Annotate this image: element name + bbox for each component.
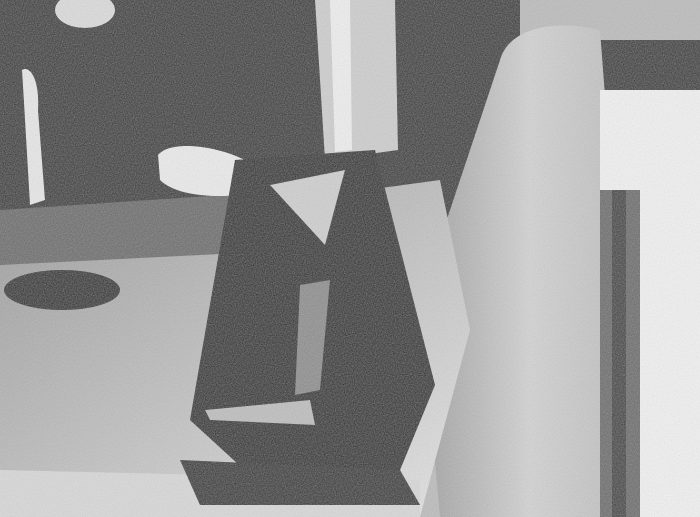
vise-photo-illustration [0,0,700,517]
base-slot [4,270,120,310]
cylindrical-rod [315,0,398,160]
photograph [0,0,700,517]
